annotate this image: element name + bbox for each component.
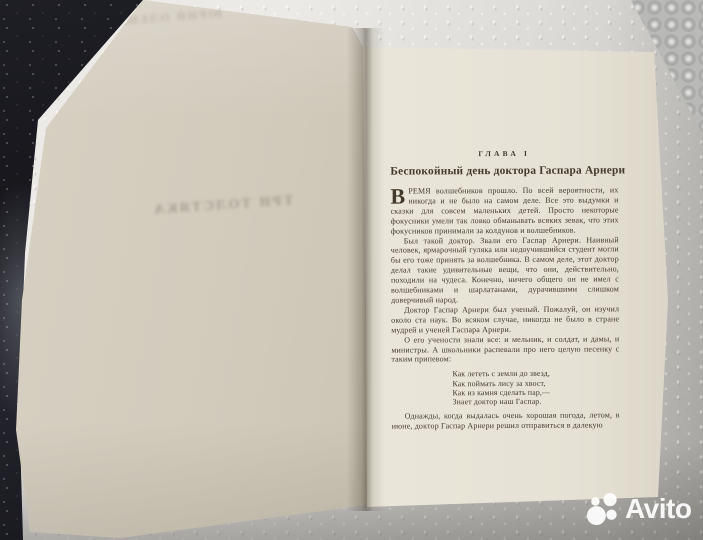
drop-cap: В (390, 188, 405, 206)
verse-line: Знает доктор наш Гаспар. (453, 396, 620, 406)
body-text: ВРЕМЯ волшебников прошло. По всей вероят… (390, 185, 619, 431)
closing-paragraph: Однажды, когда выдалась очень хорошая по… (392, 411, 620, 432)
page-text: ГЛАВА I Беспокойный день доктора Гаспара… (390, 148, 619, 431)
listing-photo: ЮРИЙ ОЛЕША ТРИ ТОЛСТЯКА ГЛАВА I Беспокой… (0, 0, 703, 540)
avito-wordmark: Avito (625, 495, 691, 523)
verse-block: Как лететь с земли до звезд,Как поймать … (452, 369, 619, 407)
avito-watermark: Avito (586, 492, 691, 526)
opening-paragraph: ВРЕМЯ волшебников прошло. По всей вероят… (390, 185, 618, 236)
paragraph: Доктор Гаспар Арнери был ученый. Пожалуй… (391, 304, 619, 335)
paragraph: О его учености знали все: и мельник, и с… (391, 334, 619, 365)
body-paragraphs: Был такой доктор. Звали его Гаспар Арнер… (391, 235, 620, 365)
chapter-heading: ГЛАВА I (390, 148, 618, 158)
paragraph: Был такой доктор. Звали его Гаспар Арнер… (391, 235, 619, 306)
opening-paragraph-text: РЕМЯ волшебников прошло. По всей вероятн… (391, 185, 619, 235)
chapter-title: Беспокойный день доктора Гаспара Арнери (390, 164, 618, 177)
avito-logo-icon (586, 492, 620, 526)
